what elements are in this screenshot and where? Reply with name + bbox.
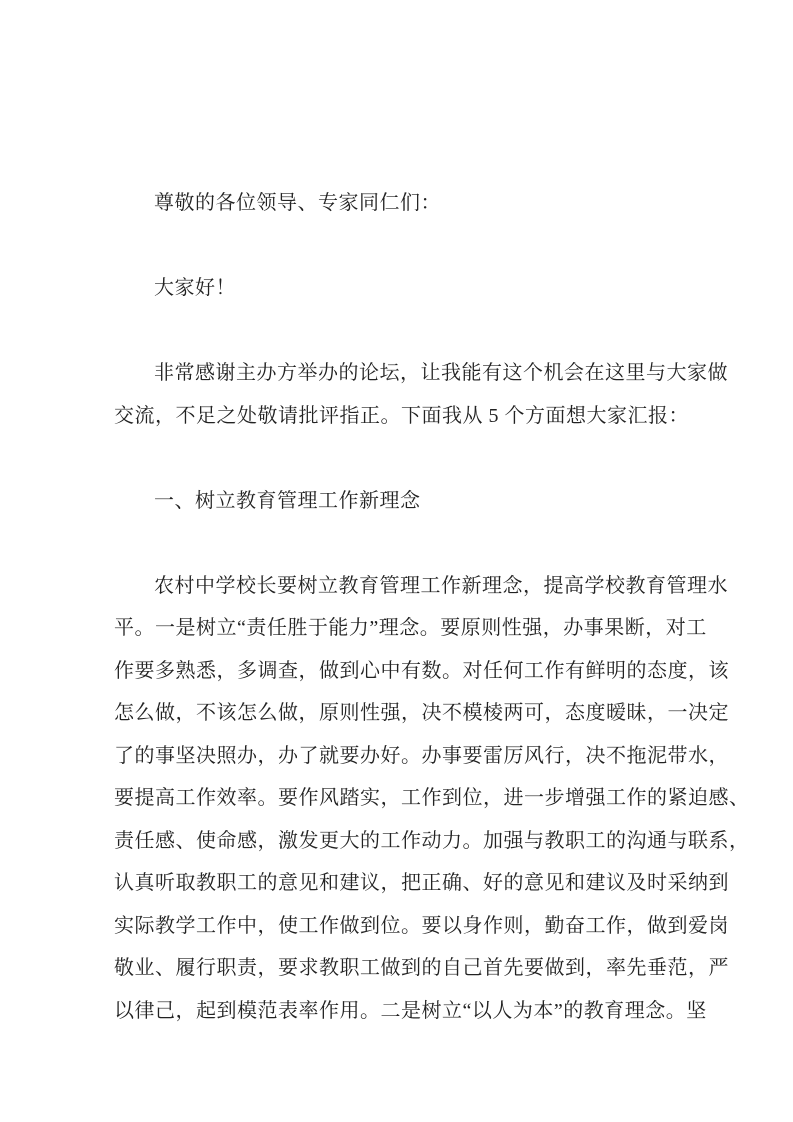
salutation: 尊敬的各位领导、专家同仁们： <box>114 182 694 225</box>
text-line: 一、树立教育管理工作新理念 <box>114 480 694 523</box>
text-line: 大家好！ <box>114 267 694 310</box>
text-line: 交流，不足之处敬请批评指正。下面我从 5 个方面想大家汇报： <box>114 395 694 438</box>
text-line: 要提高工作效率。要作风踏实，工作到位，进一步增强工作的紧迫感、 <box>114 777 694 820</box>
text-line: 责任感、使命感，激发更大的工作动力。加强与教职工的沟通与联系， <box>114 820 694 863</box>
body-paragraph: 非常感谢主办方举办的论坛，让我能有这个机会在这里与大家做交流，不足之处敬请批评指… <box>114 352 694 437</box>
body-paragraph: 农村中学校长要树立教育管理工作新理念，提高学校教育管理水平。一是树立“责任胜于能… <box>114 565 694 1033</box>
text-line: 认真听取教职工的意见和建议，把正确、好的意见和建议及时采纳到 <box>114 862 694 905</box>
text-line: 了的事坚决照办，办了就要办好。办事要雷厉风行，决不拖泥带水， <box>114 735 694 778</box>
text-line: 作要多熟悉，多调查，做到心中有数。对任何工作有鲜明的态度，该 <box>114 650 694 693</box>
text-line: 敬业、履行职责，要求教职工做到的自己首先要做到，率先垂范，严 <box>114 947 694 990</box>
document-viewport: { "page": { "background_color": "#ffffff… <box>0 0 793 1122</box>
text-line: 实际教学工作中，使工作做到位。要以身作则，勤奋工作，做到爱岗 <box>114 905 694 948</box>
text-line: 非常感谢主办方举办的论坛，让我能有这个机会在这里与大家做 <box>114 352 694 395</box>
section-heading: 一、树立教育管理工作新理念 <box>114 480 694 523</box>
text-line: 尊敬的各位领导、专家同仁们： <box>114 182 694 225</box>
text-line: 以律己，起到模范表率作用。二是树立“以人为本”的教育理念。坚 <box>114 990 694 1033</box>
greeting: 大家好！ <box>114 267 694 310</box>
document-page: 尊敬的各位领导、专家同仁们：大家好！非常感谢主办方举办的论坛，让我能有这个机会在… <box>0 0 793 1122</box>
document-body: 尊敬的各位领导、专家同仁们：大家好！非常感谢主办方举办的论坛，让我能有这个机会在… <box>114 182 694 1032</box>
text-line: 平。一是树立“责任胜于能力”理念。要原则性强，办事果断，对工 <box>114 607 694 650</box>
text-line: 怎么做，不该怎么做，原则性强，决不模棱两可，态度暧昧，一决定 <box>114 692 694 735</box>
text-line: 农村中学校长要树立教育管理工作新理念，提高学校教育管理水 <box>114 565 694 608</box>
